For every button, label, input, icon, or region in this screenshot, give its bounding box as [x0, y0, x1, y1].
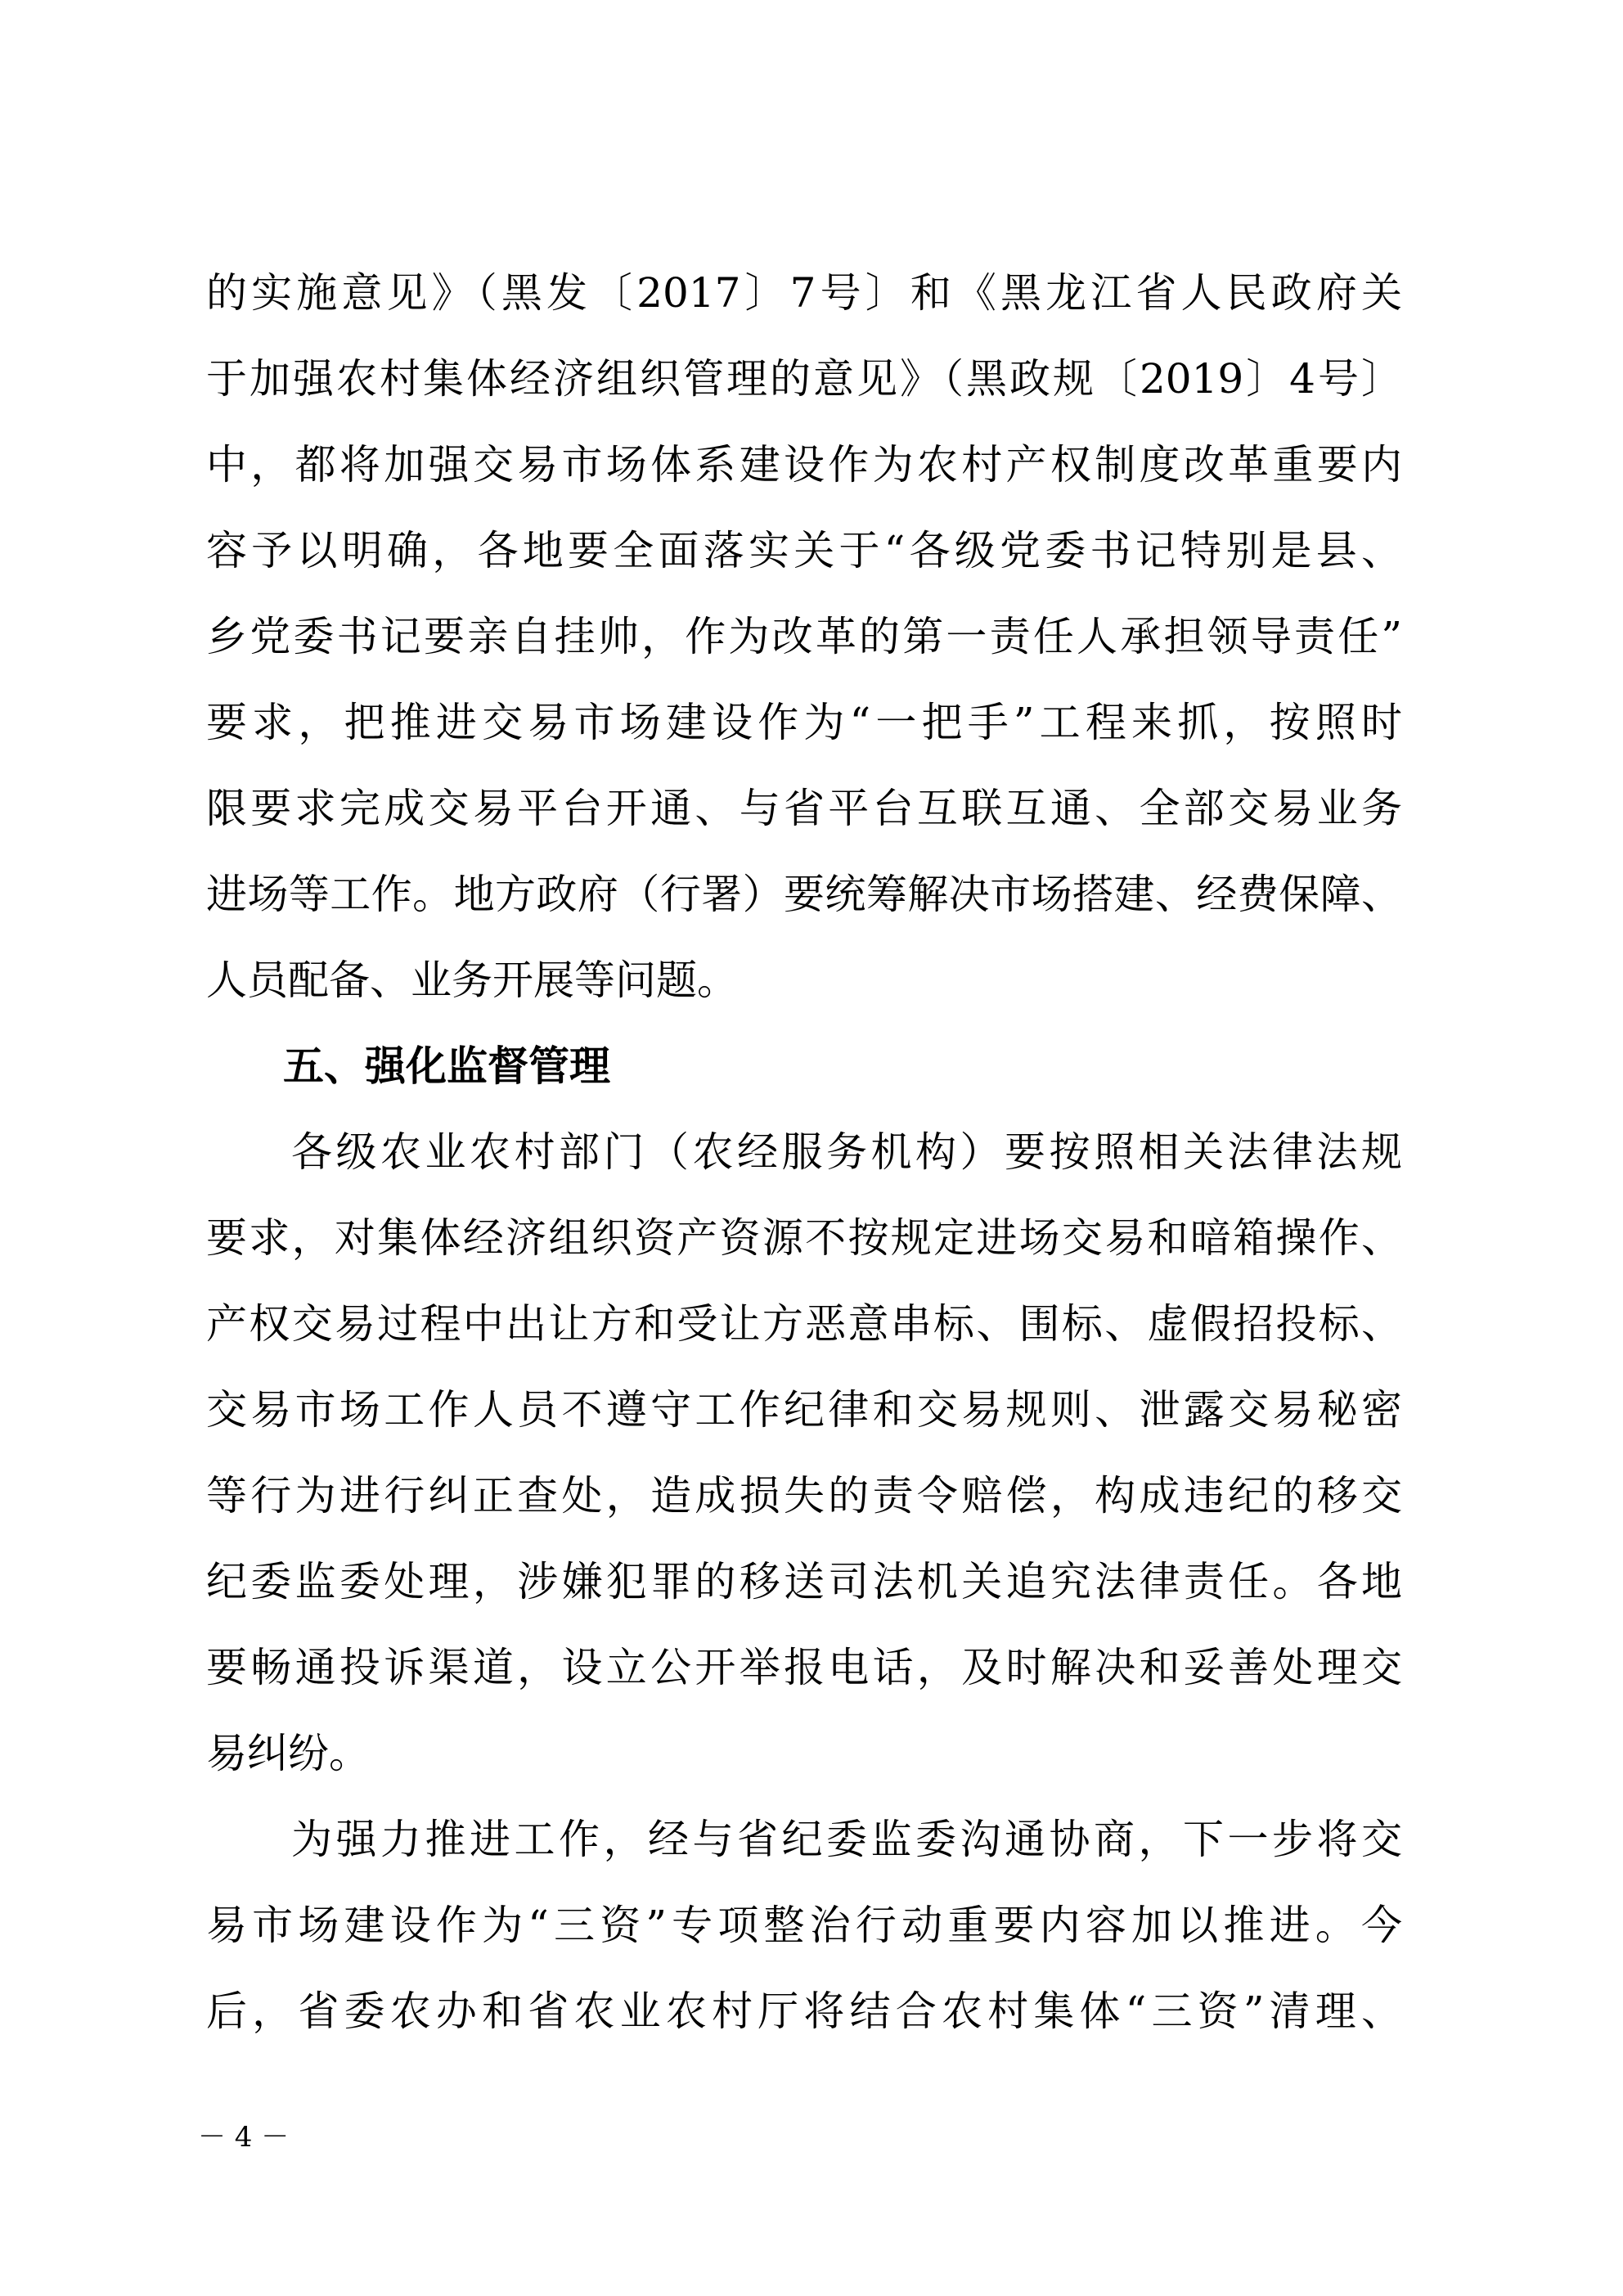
document-page: 的实施意见》（黑发〔2017〕7号〕和《黑龙江省人民政府关 于加强农村集体经济组… [0, 0, 1623, 2296]
paragraph-line: 等行为进行纠正查处，造成损失的责令赔偿，构成违纪的移交 [206, 1463, 1402, 1549]
paragraph-line: 中，都将加强交易市场体系建设作为农村产权制度改革重要内 [206, 432, 1402, 518]
section-heading: 五、强化监督管理 [206, 1033, 1402, 1119]
paragraph-line: 易市场建设作为“三资”专项整治行动重要内容加以推进。今 [206, 1893, 1402, 1979]
paragraph-line: 易纠纷。 [206, 1721, 1402, 1807]
document-body: 的实施意见》（黑发〔2017〕7号〕和《黑龙江省人民政府关 于加强农村集体经济组… [206, 260, 1402, 2064]
paragraph-line: 进场等工作。地方政府（行署）要统筹解决市场搭建、经费保障、 [206, 862, 1402, 948]
paragraph-line: 于加强农村集体经济组织管理的意见》（黑政规〔2019〕4号〕 [206, 346, 1402, 432]
paragraph-line: 要畅通投诉渠道，设立公开举报电话，及时解决和妥善处理交 [206, 1635, 1402, 1721]
paragraph-line: 乡党委书记要亲自挂帅，作为改革的第一责任人承担领导责任” [206, 604, 1402, 690]
paragraph-line: 要求，把推进交易市场建设作为“一把手”工程来抓，按照时 [206, 690, 1402, 776]
paragraph-line: 后，省委农办和省农业农村厅将结合农村集体“三资”清理、 [206, 1979, 1402, 2064]
paragraph-line: 的实施意见》（黑发〔2017〕7号〕和《黑龙江省人民政府关 [206, 260, 1402, 346]
paragraph-line: 各级农业农村部门（农经服务机构）要按照相关法律法规 [206, 1119, 1402, 1205]
paragraph-line: 纪委监委处理，涉嫌犯罪的移送司法机关追究法律责任。各地 [206, 1549, 1402, 1635]
paragraph-line: 人员配备、业务开展等问题。 [206, 948, 1402, 1033]
paragraph-line: 容予以明确，各地要全面落实关于“各级党委书记特别是县、 [206, 518, 1402, 604]
paragraph-line: 产权交易过程中出让方和受让方恶意串标、围标、虚假招投标、 [206, 1291, 1402, 1377]
paragraph-line: 为强力推进工作，经与省纪委监委沟通协商，下一步将交 [206, 1807, 1402, 1893]
page-number: － 4 － [198, 2121, 289, 2154]
paragraph-line: 要求，对集体经济组织资产资源不按规定进场交易和暗箱操作、 [206, 1205, 1402, 1291]
paragraph-line: 限要求完成交易平台开通、与省平台互联互通、全部交易业务 [206, 776, 1402, 862]
paragraph-line: 交易市场工作人员不遵守工作纪律和交易规则、泄露交易秘密 [206, 1377, 1402, 1463]
